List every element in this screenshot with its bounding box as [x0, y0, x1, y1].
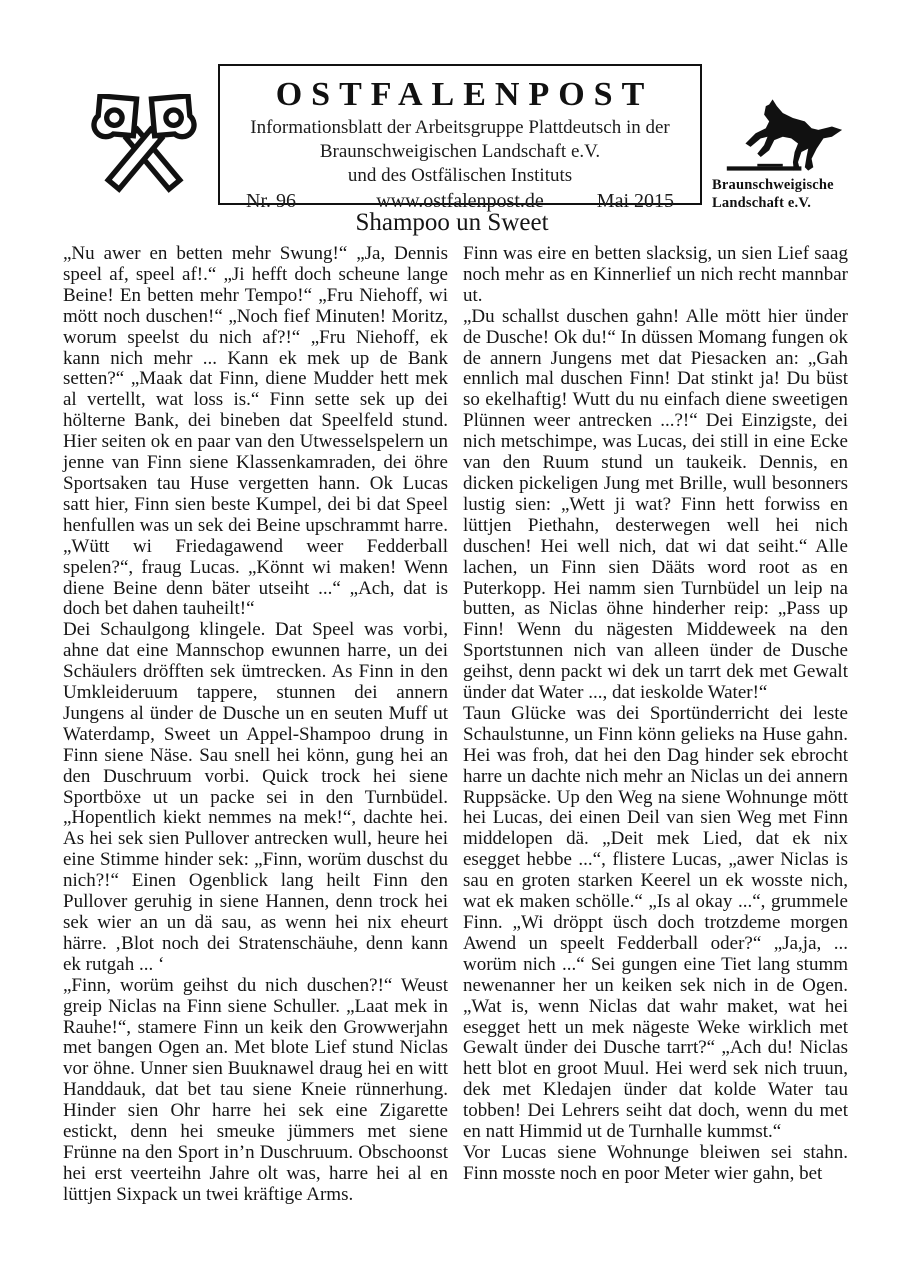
- crossed-flags-logo: [82, 94, 206, 198]
- paragraph: „Du schallst duschen gahn! Alle mött hie…: [463, 307, 848, 704]
- masthead-subtitle-line: und des Ostfälischen Instituts: [220, 164, 700, 188]
- paragraph: Dei Schaulgong klingele. Dat Speel was v…: [63, 620, 448, 975]
- masthead-box: OSTFALENPOST Informationsblatt der Arbei…: [218, 64, 702, 205]
- crossed-flags-icon: [82, 94, 206, 198]
- newsletter-title: OSTFALENPOST: [220, 76, 700, 114]
- paragraph: Vor Lucas siene Wohnunge bleiwen sei sta…: [463, 1143, 848, 1185]
- article-body: „Nu awer en betten mehr Swung!“ „Ja, Den…: [63, 244, 849, 1206]
- paragraph: Finn was eire en betten slacksig, un sie…: [463, 244, 848, 307]
- paragraph: Taun Glücke was dei Sportünderricht dei …: [463, 704, 848, 1143]
- braunschweigische-landschaft-logo: Braunschweigische Landschaft e.V.: [712, 96, 862, 214]
- horse-logo-caption: Braunschweigische Landschaft e.V.: [712, 176, 862, 212]
- masthead: OSTFALENPOST Informationsblatt der Arbei…: [0, 0, 904, 212]
- rearing-horse-icon: [712, 96, 862, 174]
- column-right: Finn was eire en betten slacksig, un sie…: [463, 244, 848, 1206]
- masthead-subtitle-line: Informationsblatt der Arbeitsgruppe Plat…: [220, 116, 700, 140]
- paragraph: „Nu awer en betten mehr Swung!“ „Ja, Den…: [63, 244, 448, 620]
- newsletter-page: OSTFALENPOST Informationsblatt der Arbei…: [0, 0, 904, 1280]
- paragraph: „Finn, worüm geihst du nich duschen?!“ W…: [63, 976, 448, 1206]
- horse-caption-line: Braunschweigische: [712, 176, 862, 194]
- column-left: „Nu awer en betten mehr Swung!“ „Ja, Den…: [63, 244, 448, 1206]
- masthead-subtitle-line: Braunschweigischen Landschaft e.V.: [220, 140, 700, 164]
- article-title: Shampoo un Sweet: [0, 209, 904, 237]
